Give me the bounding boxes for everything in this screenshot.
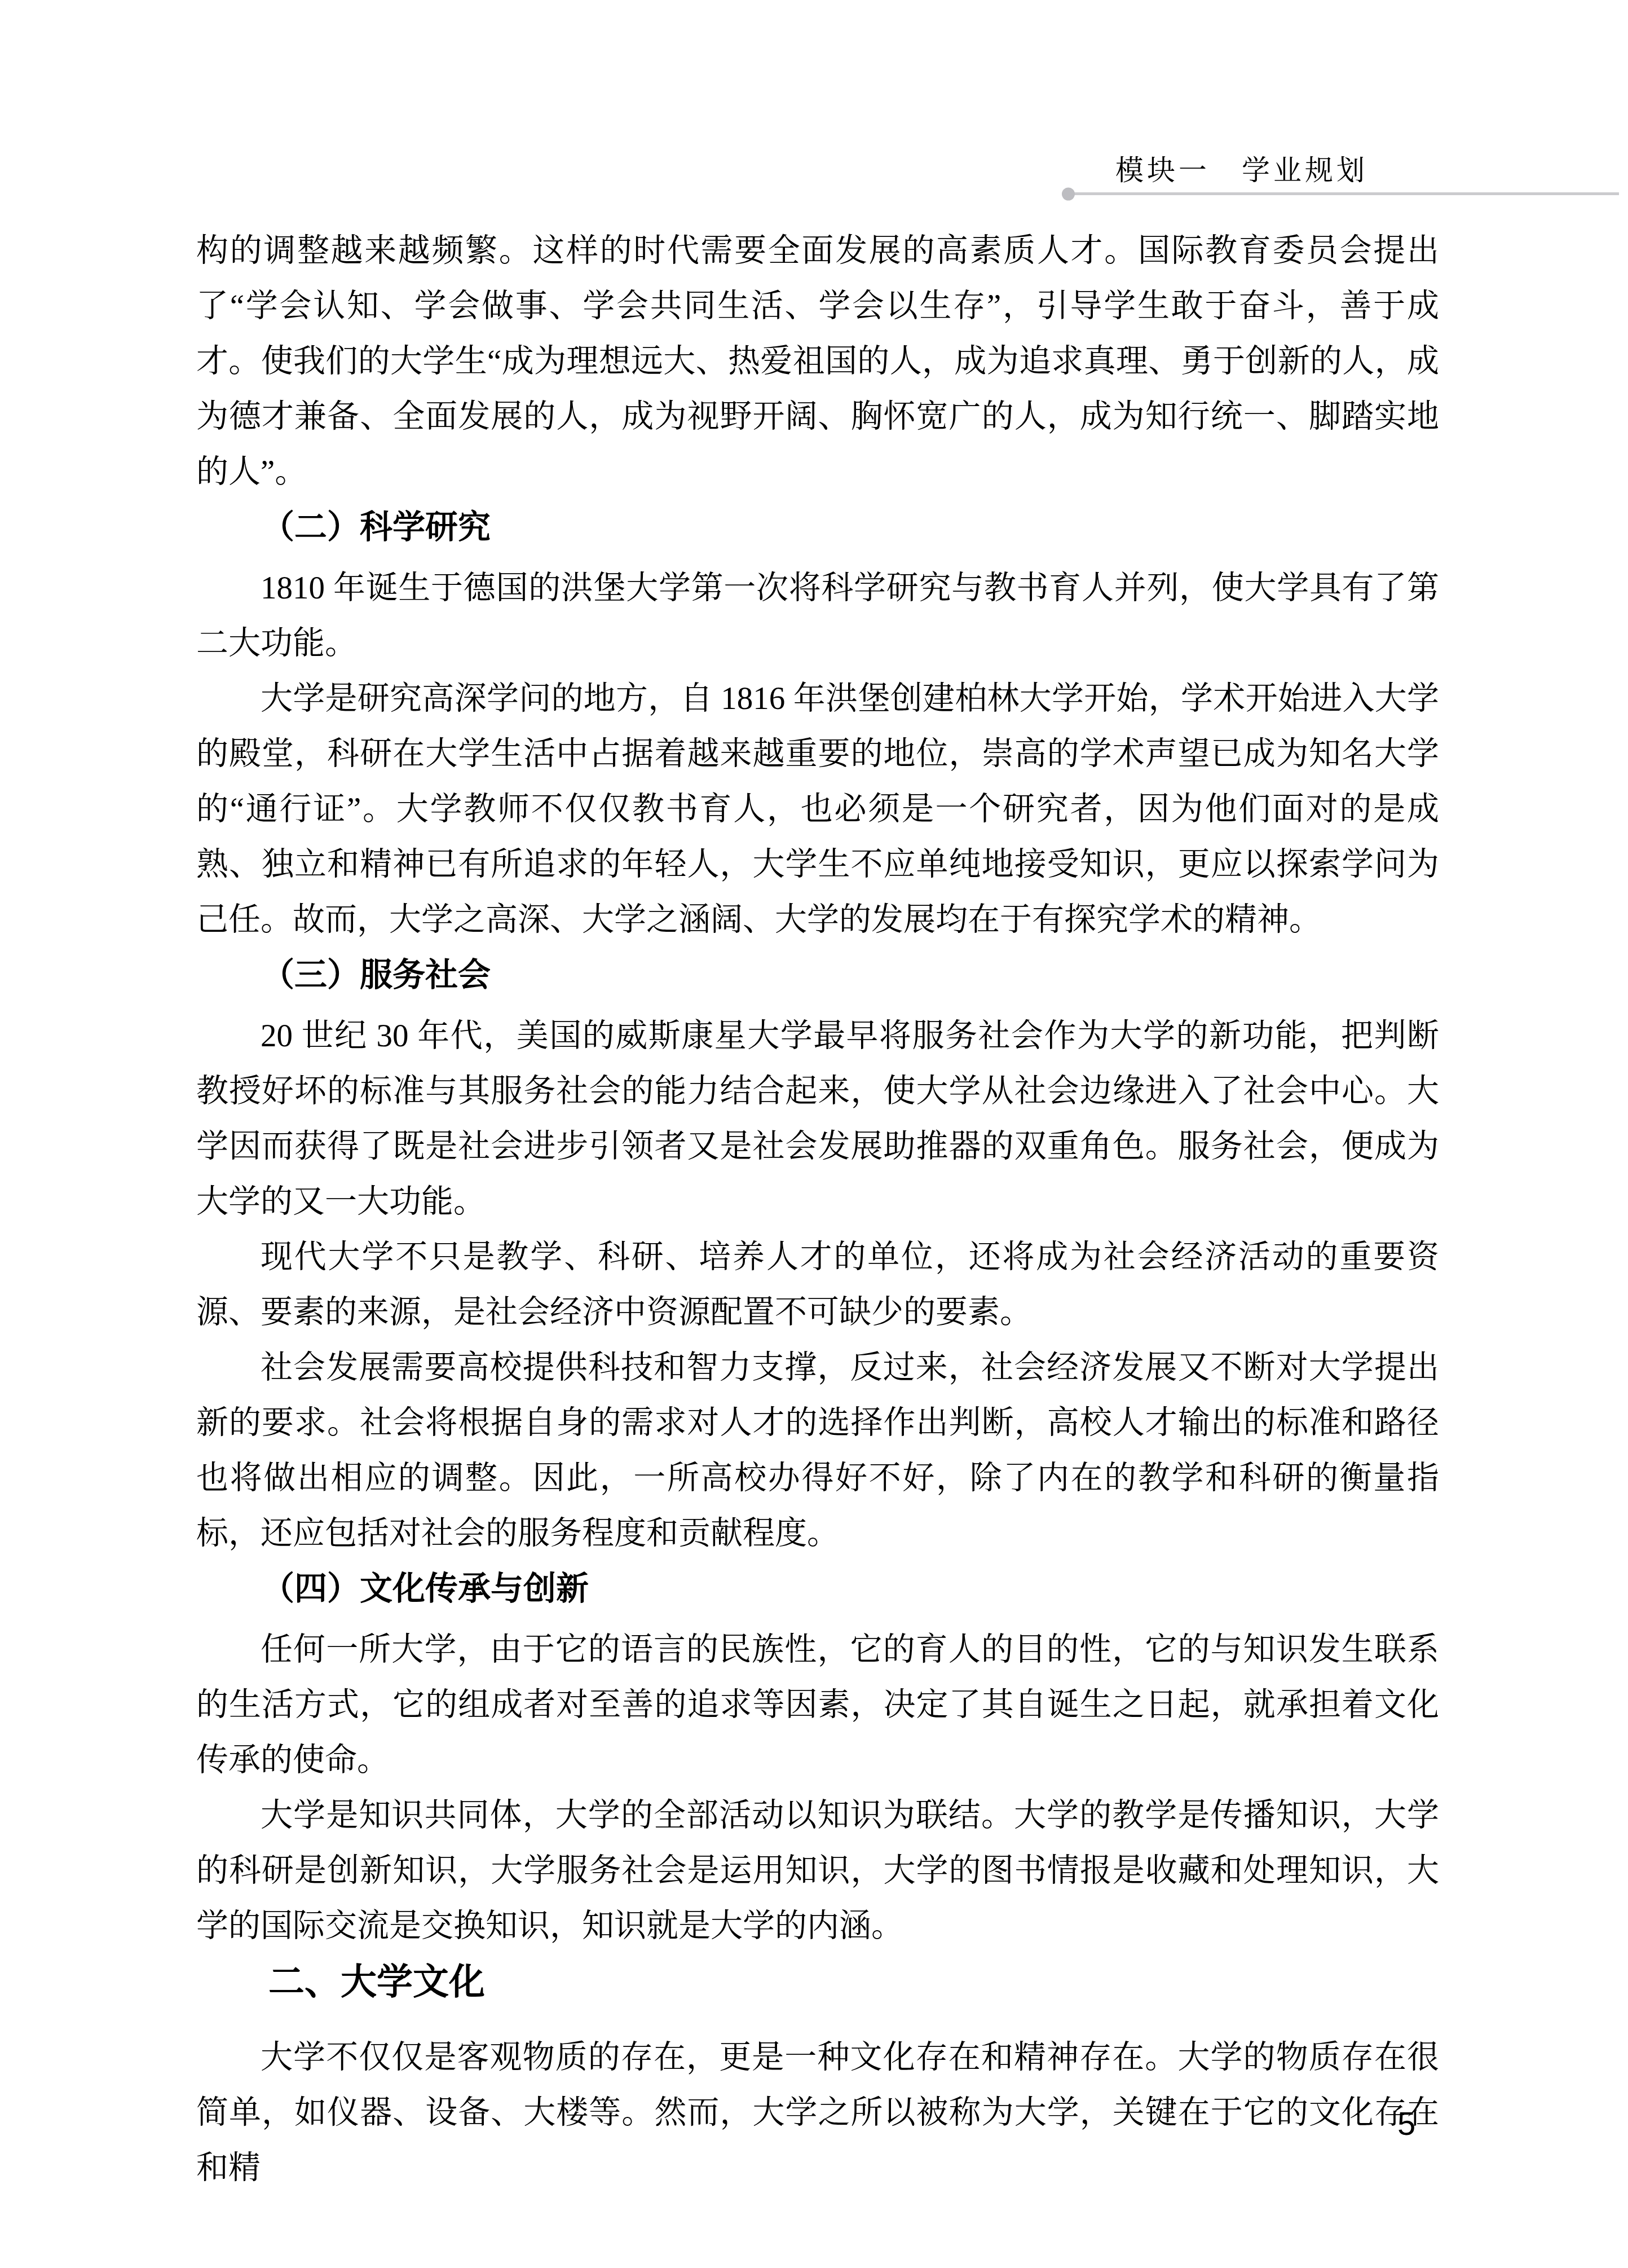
page-number: 5 [1397, 2107, 1415, 2141]
paragraph: 大学是研究高深学问的地方，自 1816 年洪堡创建柏林大学开始，学术开始进入大学… [196, 671, 1439, 948]
header-rule [1065, 192, 1619, 195]
running-head-title: 模块一 学业规划 [1115, 153, 1368, 187]
paragraph: 20 世纪 30 年代，美国的威斯康星大学最早将服务社会作为大学的新功能，把判断… [196, 1009, 1439, 1230]
page: 模块一 学业规划 构的调整越来越频繁。这样的时代需要全面发展的高素质人才。国际教… [0, 0, 1628, 2268]
section-heading: （三）服务社会 [196, 948, 1439, 1003]
paragraph: 社会发展需要高校提供科技和智力支撑，反过来，社会经济发展又不断对大学提出新的要求… [196, 1340, 1439, 1561]
body-text: 构的调整越来越频繁。这样的时代需要全面发展的高素质人才。国际教育委员会提出了“学… [196, 223, 1439, 2196]
paragraph: 任何一所大学，由于它的语言的民族性，它的育人的目的性，它的与知识发生联系的生活方… [196, 1622, 1439, 1788]
paragraph: 1810 年诞生于德国的洪堡大学第一次将科学研究与教书育人并列，使大学具有了第二… [196, 561, 1439, 671]
section-heading: （四）文化传承与创新 [196, 1561, 1439, 1617]
paragraph: 现代大学不只是教学、科研、培养人才的单位，还将成为社会经济活动的重要资源、要素的… [196, 1230, 1439, 1340]
header-rule-dot-icon [1062, 187, 1075, 200]
section-heading: （二）科学研究 [196, 500, 1439, 555]
paragraph: 大学不仅仅是客观物质的存在，更是一种文化存在和精神存在。大学的物质存在很简单，如… [196, 2030, 1439, 2196]
paragraph: 构的调整越来越频繁。这样的时代需要全面发展的高素质人才。国际教育委员会提出了“学… [196, 223, 1439, 500]
chapter-heading: 二、大学文化 [196, 1954, 1439, 2010]
paragraph: 大学是知识共同体，大学的全部活动以知识为联结。大学的教学是传播知识，大学的科研是… [196, 1788, 1439, 1954]
